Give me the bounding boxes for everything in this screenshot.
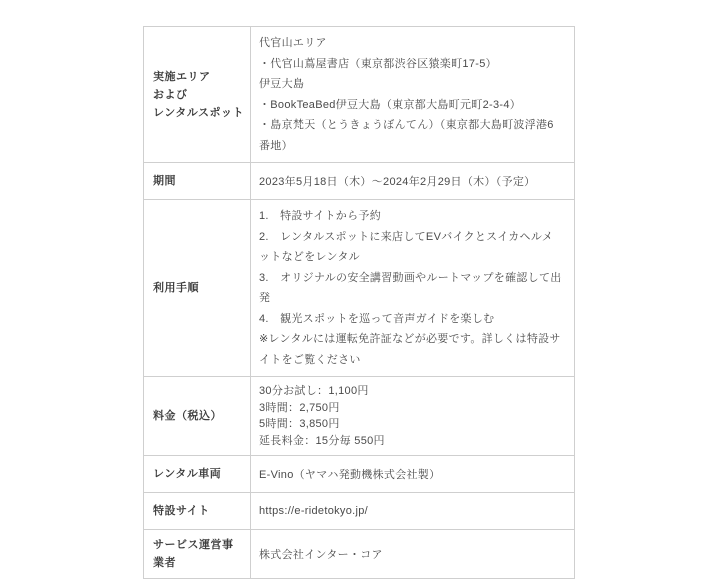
area-heading-izu-oshima: 伊豆大島 bbox=[259, 74, 564, 95]
row-period: 期間 2023年5月18日（木）～2024年2月29日（木）（予定） bbox=[144, 163, 575, 200]
row-usage-steps: 利用手順 1. 特設サイトから予約 2. レンタルスポットに来店してEVバイクと… bbox=[144, 200, 575, 377]
spot-bookteabed: ・BookTeaBed伊豆大島（東京都大島町元町2-3-4） bbox=[259, 95, 564, 116]
row-rental-vehicle: レンタル車両 E-Vino（ヤマハ発動機株式会社製） bbox=[144, 456, 575, 475]
row-content-rental-vehicle: E-Vino（ヤマハ発動機株式会社製） bbox=[251, 456, 575, 475]
row-content-price: 30分お試し：1,100円 3時間：2,750円 5時間：3,850円 延長料金… bbox=[251, 377, 575, 456]
step-1: 1. 特設サイトから予約 bbox=[259, 206, 564, 227]
row-label-rental-vehicle: レンタル車両 bbox=[144, 456, 251, 475]
step-2: 2. レンタルスポットに来店してEVバイクとスイカヘルメットなどをレンタル bbox=[259, 227, 564, 268]
price-trial: 30分お試し：1,100円 bbox=[259, 383, 564, 400]
step-3: 3. オリジナルの安全講習動画やルートマップを確認して出発 bbox=[259, 268, 564, 309]
spot-daikanyama-tsutaya: ・代官山蔦屋書店（東京都渋谷区猿楽町17-5） bbox=[259, 54, 564, 75]
row-content-area: 代官山エリア ・代官山蔦屋書店（東京都渋谷区猿楽町17-5） 伊豆大島 ・Boo… bbox=[251, 27, 575, 163]
row-content-usage-steps: 1. 特設サイトから予約 2. レンタルスポットに来店してEVバイクとスイカヘル… bbox=[251, 200, 575, 377]
row-price: 料金（税込） 30分お試し：1,100円 3時間：2,750円 5時間：3,85… bbox=[144, 377, 575, 456]
price-3h: 3時間：2,750円 bbox=[259, 400, 564, 417]
label-line: レンタルスポット bbox=[153, 104, 244, 122]
price-extension: 延長料金：15分毎 550円 bbox=[259, 433, 564, 450]
area-heading-daikanyama: 代官山エリア bbox=[259, 33, 564, 54]
service-info-table: 実施エリア および レンタルスポット 代官山エリア ・代官山蔦屋書店（東京都渋谷… bbox=[143, 26, 575, 474]
price-5h: 5時間：3,850円 bbox=[259, 416, 564, 433]
row-label-usage-steps: 利用手順 bbox=[144, 200, 251, 377]
row-content-period: 2023年5月18日（木）～2024年2月29日（木）（予定） bbox=[251, 163, 575, 200]
row-label-area: 実施エリア および レンタルスポット bbox=[144, 27, 251, 163]
row-label-period: 期間 bbox=[144, 163, 251, 200]
service-info-table-wrap: 実施エリア および レンタルスポット 代官山エリア ・代官山蔦屋書店（東京都渋谷… bbox=[143, 26, 575, 474]
label-line: および bbox=[153, 86, 244, 104]
spot-tokyo-bonten: ・島京梵天（とうきょうぼんてん）（東京都大島町波浮港6番地） bbox=[259, 115, 564, 156]
step-4: 4. 観光スポットを巡って音声ガイドを楽しむ bbox=[259, 309, 564, 330]
step-note: ※レンタルには運転免許証などが必要です。詳しくは特設サイトをご覧ください bbox=[259, 329, 564, 370]
row-area-and-rental-spots: 実施エリア および レンタルスポット 代官山エリア ・代官山蔦屋書店（東京都渋谷… bbox=[144, 27, 575, 163]
label-line: 実施エリア bbox=[153, 68, 244, 86]
row-label-price: 料金（税込） bbox=[144, 377, 251, 456]
